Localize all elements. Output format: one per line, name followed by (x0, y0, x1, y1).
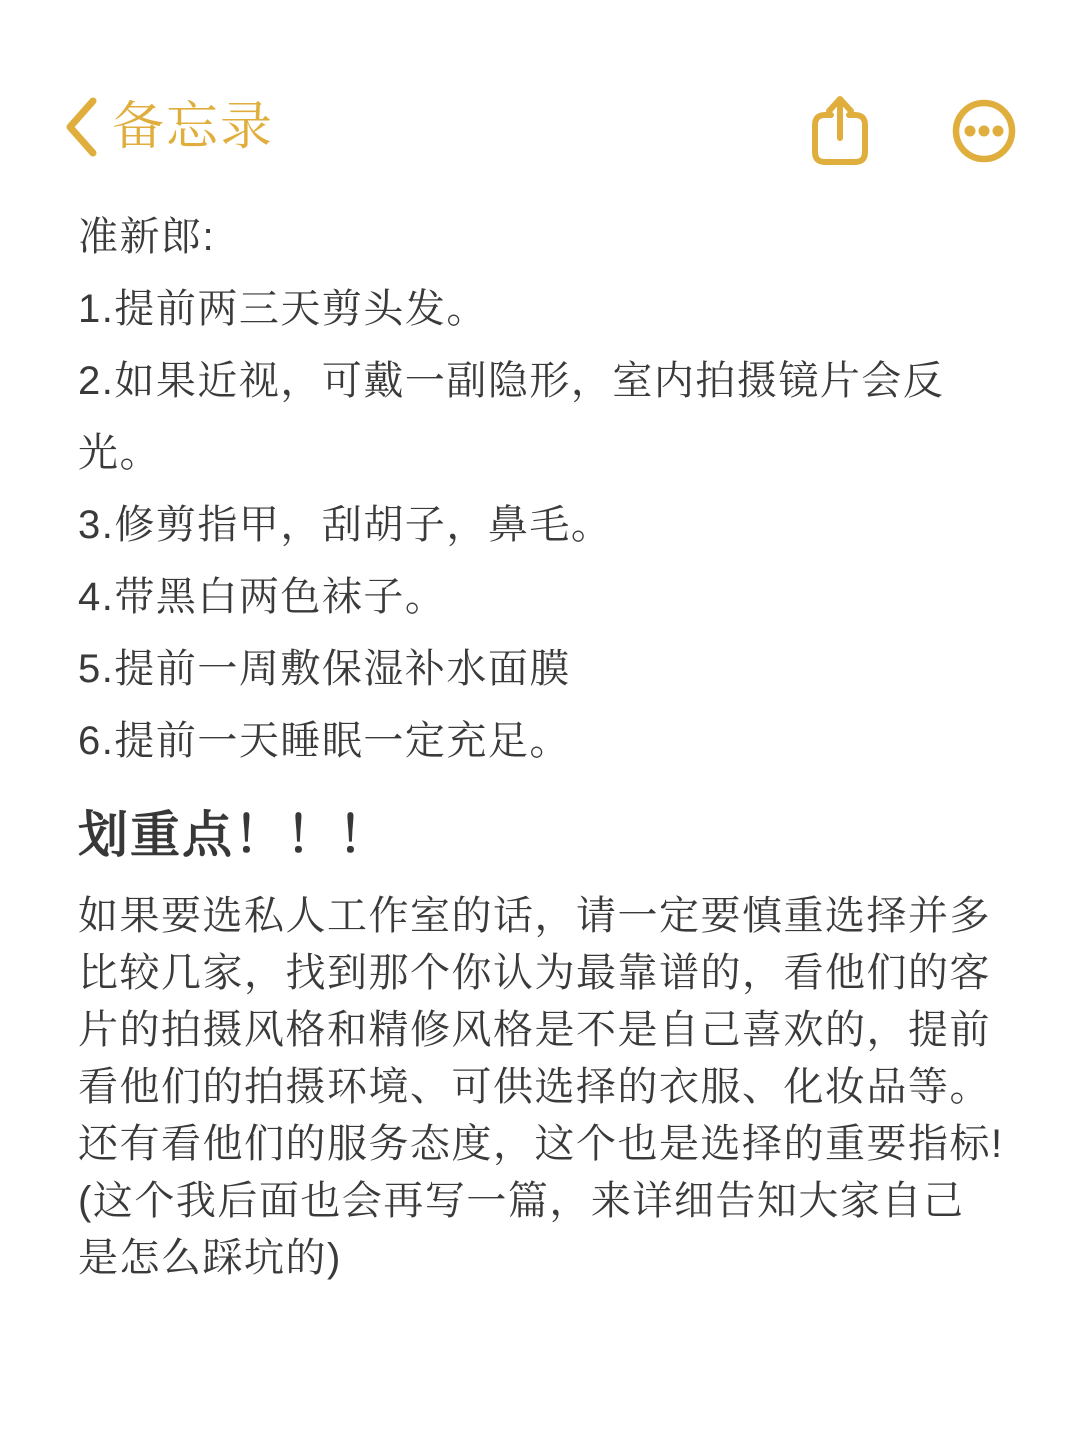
note-paragraph-line: 看他们的拍摄环境、可供选择的衣服、化妆品等。 (78, 1059, 1038, 1116)
note-list-line: 6.提前一天睡眠一定充足。 (78, 705, 1028, 777)
note-list: 准新郎:1.提前两三天剪头发。2.如果近视，可戴一副隐形，室内拍摄镜片会反光。3… (78, 201, 1028, 777)
note-body[interactable]: 准新郎:1.提前两三天剪头发。2.如果近视，可戴一副隐形，室内拍摄镜片会反光。3… (0, 0, 1080, 1440)
note-list-line: 5.提前一周敷保湿补水面膜 (78, 633, 1028, 705)
note-list-line: 准新郎: (78, 201, 1028, 273)
note-paragraph-line: (这个我后面也会再写一篇，来详细告知大家自己 (78, 1173, 1038, 1230)
note-list-line: 3.修剪指甲，刮胡子，鼻毛。 (78, 489, 1028, 561)
note-paragraph-line: 比较几家，找到那个你认为最靠谱的，看他们的客 (78, 945, 1038, 1002)
note-paragraph: 如果要选私人工作室的话，请一定要慎重选择并多比较几家，找到那个你认为最靠谱的，看… (78, 888, 1038, 1287)
note-paragraph-line: 还有看他们的服务态度，这个也是选择的重要指标! (78, 1116, 1038, 1173)
note-list-line: 2.如果近视，可戴一副隐形，室内拍摄镜片会反 (78, 345, 1028, 417)
highlight-heading: 划重点！！！ (78, 804, 390, 866)
note-list-line: 1.提前两三天剪头发。 (78, 273, 1028, 345)
note-paragraph-line: 如果要选私人工作室的话，请一定要慎重选择并多 (78, 888, 1038, 945)
note-list-line: 4.带黑白两色袜子。 (78, 561, 1028, 633)
note-list-line: 光。 (78, 417, 1028, 489)
note-paragraph-line: 片的拍摄风格和精修风格是不是自己喜欢的，提前 (78, 1002, 1038, 1059)
note-paragraph-line: 是怎么踩坑的) (78, 1230, 1038, 1287)
